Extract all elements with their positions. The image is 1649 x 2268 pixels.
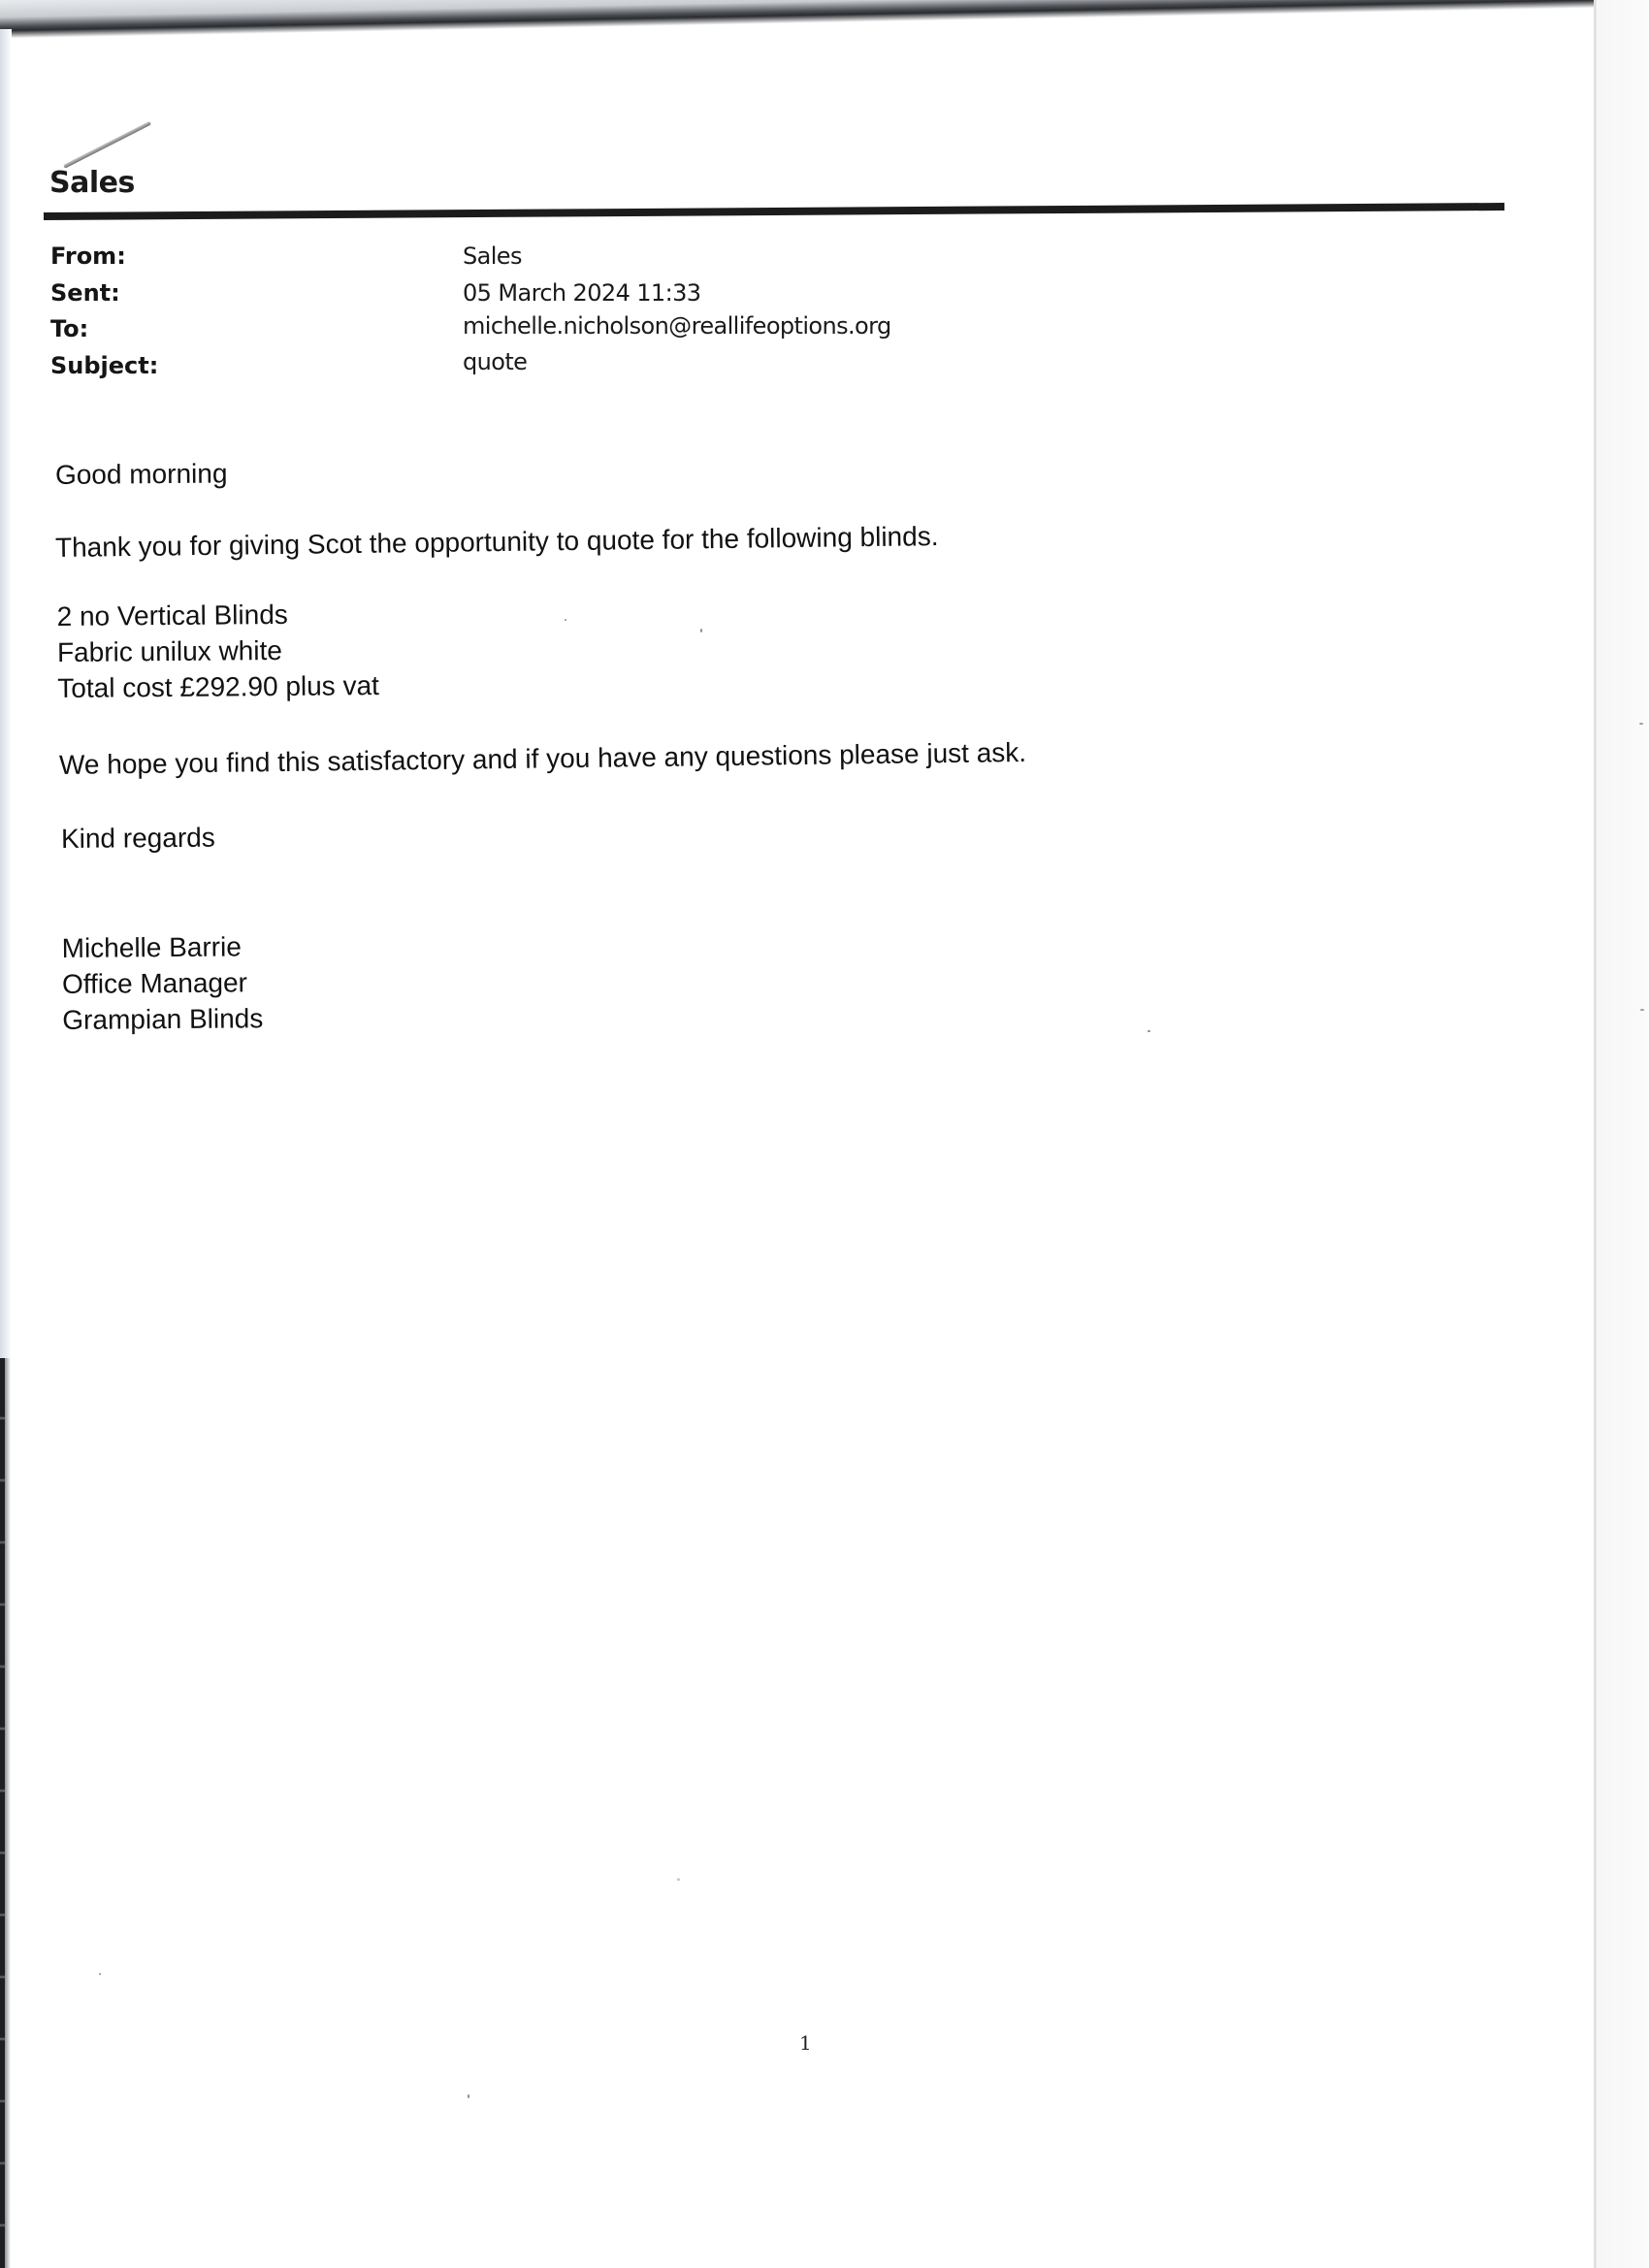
pen-mark bbox=[63, 121, 151, 169]
subject-label: Subject: bbox=[50, 352, 158, 379]
scan-speck bbox=[1148, 1030, 1150, 1032]
scan-speck bbox=[565, 619, 566, 621]
greeting: Good morning bbox=[55, 455, 228, 493]
signature-block: Michelle Barrie Office Manager Grampian … bbox=[62, 928, 264, 1038]
quote-line-fabric: Fabric unilux white bbox=[57, 632, 379, 670]
scan-left-edge bbox=[0, 29, 12, 1358]
scan-top-edge bbox=[0, 0, 1649, 39]
header-row-from: From: Sales bbox=[50, 243, 1020, 279]
sent-label: Sent: bbox=[50, 279, 120, 307]
from-label: From: bbox=[50, 243, 126, 270]
mailbox-title: Sales bbox=[49, 166, 135, 200]
scan-right-margin bbox=[1597, 0, 1649, 2268]
page-number: 1 bbox=[799, 2031, 812, 2055]
quote-line-total: Total cost £292.90 plus vat bbox=[57, 667, 379, 706]
header-row-to: To: michelle.nicholson@reallifeoptions.o… bbox=[50, 315, 1020, 352]
signature-name: Michelle Barrie bbox=[62, 928, 263, 966]
scan-speck bbox=[99, 1973, 101, 1975]
header-row-sent: Sent: 05 March 2024 11:33 bbox=[50, 279, 1020, 316]
quote-line-item: 2 no Vertical Blinds bbox=[57, 596, 379, 634]
quote-details: 2 no Vertical Blinds Fabric unilux white… bbox=[57, 596, 380, 706]
scan-right-shadow bbox=[1594, 0, 1597, 2268]
to-value: michelle.nicholson@reallifeoptions.org bbox=[463, 312, 891, 340]
subject-value: quote bbox=[463, 348, 527, 375]
scan-speck bbox=[1640, 1009, 1644, 1011]
scan-speck bbox=[677, 1878, 680, 1881]
intro-paragraph: Thank you for giving Scot the opportunit… bbox=[55, 518, 939, 566]
closing-paragraph: We hope you find this satisfactory and i… bbox=[59, 734, 1027, 783]
scan-speck bbox=[700, 629, 702, 632]
scan-speck bbox=[468, 2094, 469, 2098]
header-row-subject: Subject: quote bbox=[50, 352, 1020, 389]
scan-left-fade bbox=[5, 1358, 11, 2268]
email-header: From: Sales Sent: 05 March 2024 11:33 To… bbox=[50, 243, 1020, 388]
scan-speck bbox=[1639, 723, 1643, 725]
to-label: To: bbox=[50, 315, 88, 342]
title-divider bbox=[44, 203, 1504, 220]
sign-off: Kind regards bbox=[61, 820, 215, 857]
signature-company: Grampian Blinds bbox=[62, 1000, 263, 1038]
signature-role: Office Manager bbox=[62, 964, 263, 1002]
sent-value: 05 March 2024 11:33 bbox=[463, 279, 700, 307]
from-value: Sales bbox=[463, 243, 522, 270]
